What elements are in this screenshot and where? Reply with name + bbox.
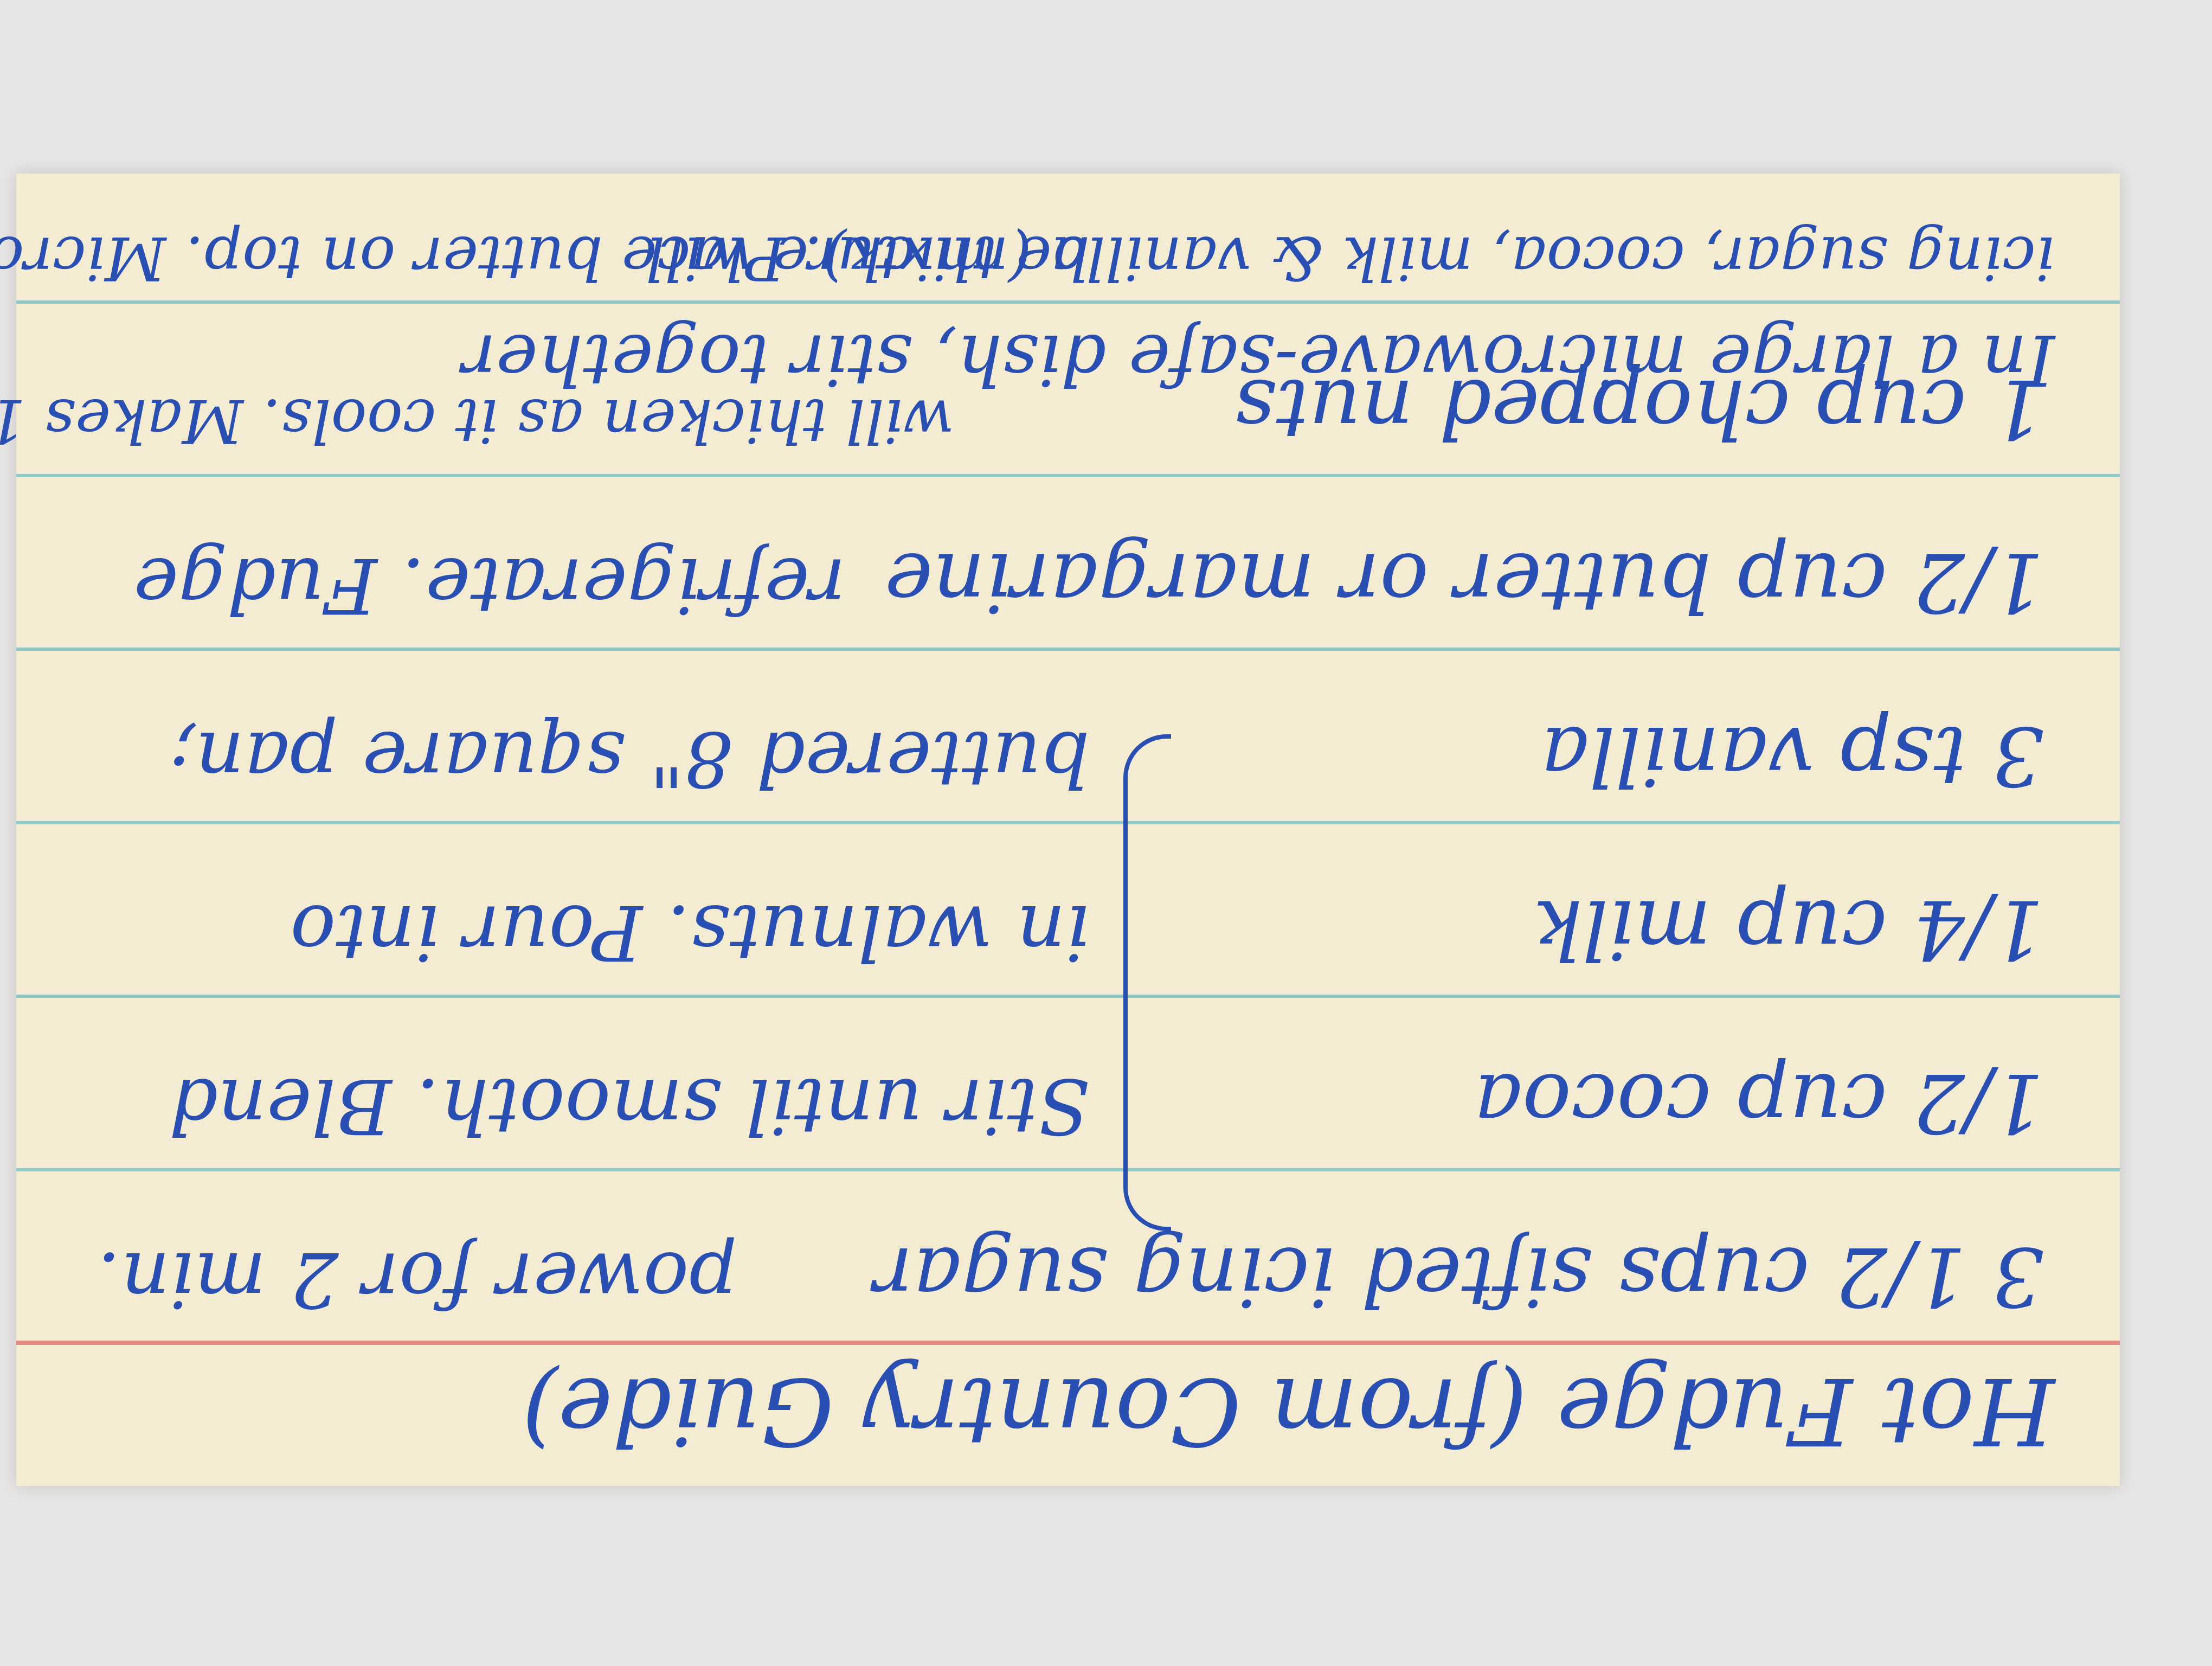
ingredient: 1/2 cup cocoa xyxy=(1474,1055,2044,1150)
ruled-line xyxy=(16,1168,2120,1171)
recipe-title: Hot Fudge (from Country Guide) xyxy=(522,1357,2055,1464)
ruled-line xyxy=(16,300,2120,304)
ingredient: 3 tsp vanilla xyxy=(1541,708,2044,803)
recipe-card: Hot Fudge (from Country Guide) 3 1/2 cup… xyxy=(16,174,2120,1486)
ruled-line xyxy=(16,821,2120,824)
ingredient: 1/2 cup butter or margarine xyxy=(885,535,2044,629)
side-note: refrigerate. Fudge xyxy=(133,541,846,629)
ruled-line xyxy=(16,995,2120,998)
ruled-line xyxy=(16,648,2120,651)
bracket xyxy=(1123,734,1171,1231)
direction-line: be thick). Place butter on top. Microwav… xyxy=(0,223,1090,293)
side-note: in walnuts. Pour into xyxy=(290,888,1090,976)
ingredient: 3 1/2 cups sifted icing sugar xyxy=(874,1229,2044,1323)
red-margin-line xyxy=(16,1341,2120,1345)
ruled-line xyxy=(16,474,2120,477)
side-note: Stir until smooth. Blend xyxy=(169,1061,1090,1150)
ingredient: 1/4 cup milk xyxy=(1533,882,2044,976)
side-note: buttered 8" square pan; xyxy=(170,714,1090,803)
direction-line: In a large microwave-safe dish, stir tog… xyxy=(462,319,2055,401)
side-note: power for 2 min. xyxy=(97,1235,737,1323)
